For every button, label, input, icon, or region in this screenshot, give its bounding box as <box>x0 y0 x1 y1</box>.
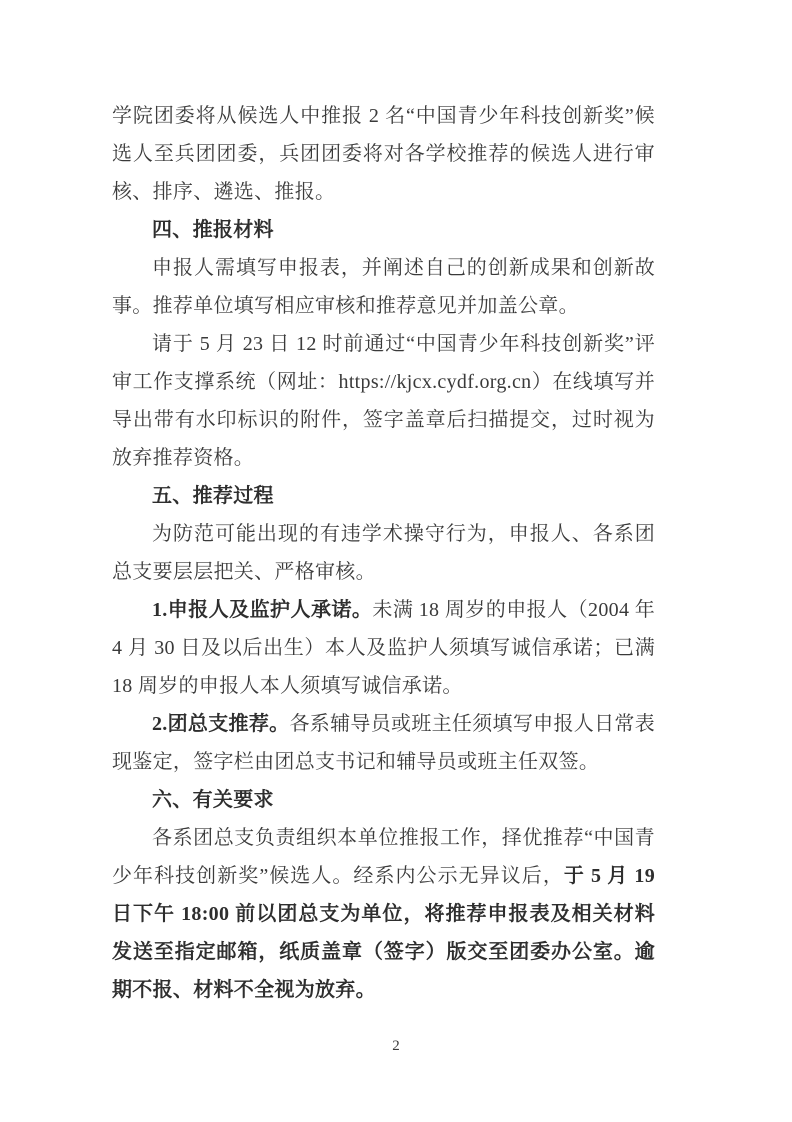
text-run: 为防范可能出现的有违学术操守行为，申报人、各系团总支要层层把关、严格审核。 <box>112 523 655 583</box>
paragraph-application-form: 申报人需填写申报表，并阐述自己的创新成果和创新故事。推荐单位填写相应审核和推荐意… <box>112 249 655 325</box>
paragraph-recommendation-quota: 学院团委将从候选人中推报 2 名“中国青少年科技创新奖”候选人至兵团团委，兵团团… <box>112 97 655 211</box>
paragraph-applicant-guardian-pledge: 1.申报人及监护人承诺。未满 18 周岁的申报人（2004 年 4 月 30 日… <box>112 591 655 705</box>
bold-text-run: 五、推荐过程 <box>152 485 274 507</box>
paragraph-online-submission: 请于 5 月 23 日 12 时前通过“中国青少年科技创新奖”评审工作支撑系统（… <box>112 325 655 477</box>
heading-section-6-requirements: 六、有关要求 <box>112 781 655 819</box>
heading-section-5-process: 五、推荐过程 <box>112 477 655 515</box>
paragraph-league-branch-recommendation: 2.团总支推荐。各系辅导员或班主任须填写申报人日常表现鉴定，签字栏由团总支书记和… <box>112 705 655 781</box>
page-number: 2 <box>0 1036 792 1056</box>
bold-text-run: 六、有关要求 <box>152 789 274 811</box>
text-run: 请于 5 月 23 日 12 时前通过“中国青少年科技创新奖”评审工作支撑系统（… <box>112 333 655 469</box>
heading-section-4-materials: 四、推报材料 <box>112 211 655 249</box>
bold-text-run: 1.申报人及监护人承诺。 <box>152 599 372 621</box>
document-content: 学院团委将从候选人中推报 2 名“中国青少年科技创新奖”候选人至兵团团委，兵团团… <box>112 97 655 1009</box>
paragraph-deadline-requirements: 各系团总支负责组织本单位推报工作，择优推荐“中国青少年科技创新奖”候选人。经系内… <box>112 819 655 1009</box>
bold-text-run: 2.团总支推荐。 <box>152 713 289 735</box>
text-run: 学院团委将从候选人中推报 2 名“中国青少年科技创新奖”候选人至兵团团委，兵团团… <box>112 105 655 203</box>
text-run: 申报人需填写申报表，并阐述自己的创新成果和创新故事。推荐单位填写相应审核和推荐意… <box>112 257 655 317</box>
document-page: 学院团委将从候选人中推报 2 名“中国青少年科技创新奖”候选人至兵团团委，兵团团… <box>0 0 792 1122</box>
paragraph-academic-integrity: 为防范可能出现的有违学术操守行为，申报人、各系团总支要层层把关、严格审核。 <box>112 515 655 591</box>
bold-text-run: 四、推报材料 <box>152 219 274 241</box>
